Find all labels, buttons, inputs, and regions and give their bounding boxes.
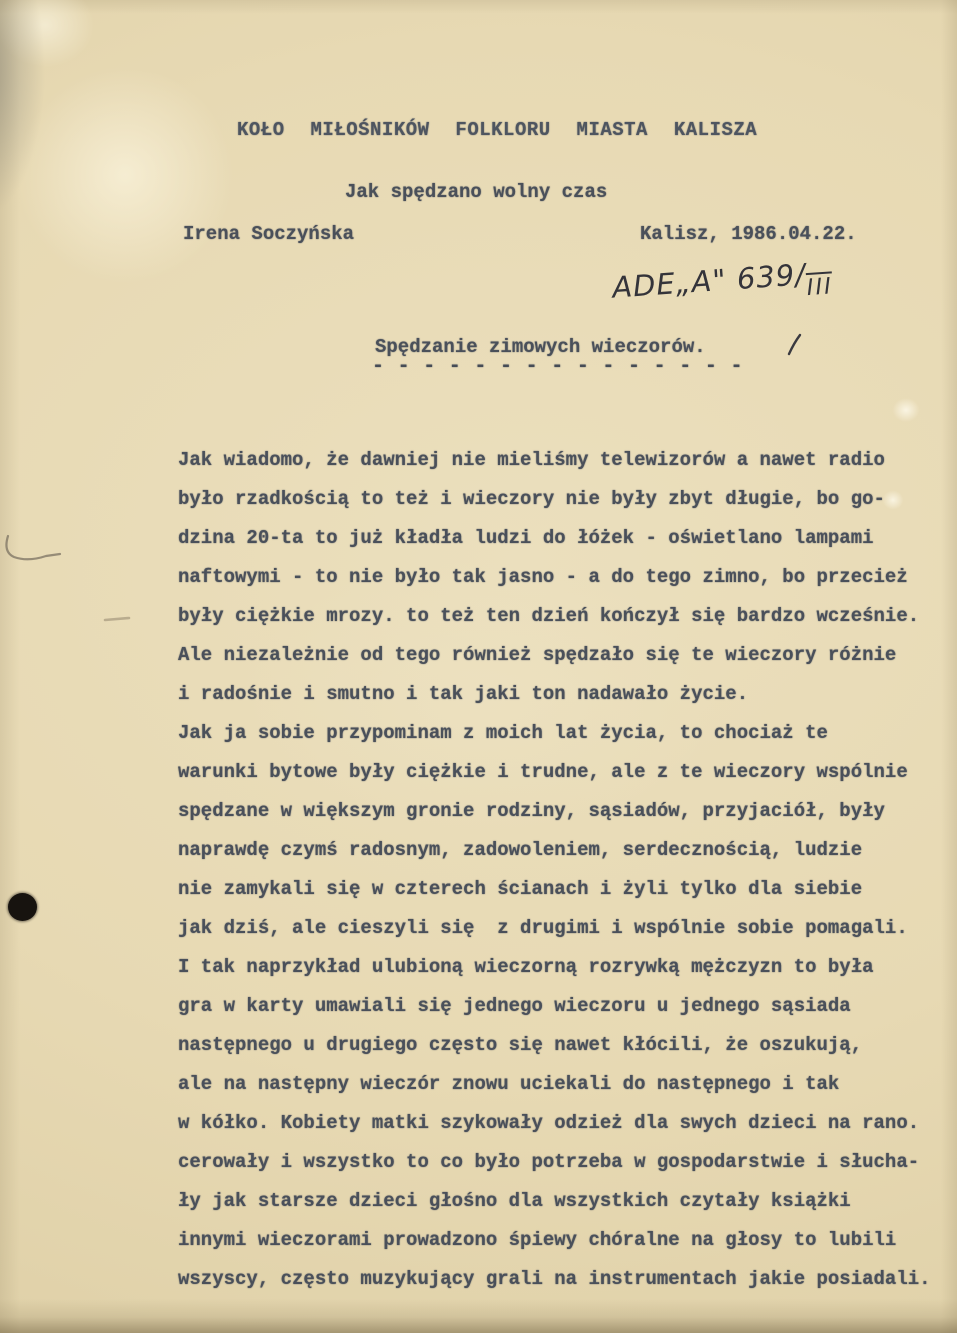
body-line: cerowały i wszystko to co było potrzeba … xyxy=(178,1143,931,1182)
hole-punch-dot xyxy=(8,893,37,921)
pencil-hair-mark xyxy=(2,530,72,566)
document-title: Jak spędzano wolny czas xyxy=(345,181,607,203)
organization-heading: KOŁO MIŁOŚNIKÓW FOLKLORU MIASTA KALISZA xyxy=(237,119,757,141)
small-dash-smudge xyxy=(103,614,133,624)
body-line: naftowymi - to nie było tak jasno - a do… xyxy=(178,558,931,597)
body-line: były ciężkie mrozy. to też ten dzień koń… xyxy=(178,597,931,636)
body-line: ale na następny wieczór znowu uciekali d… xyxy=(178,1065,931,1104)
body-line: było rzadkością to też i wieczory nie by… xyxy=(178,480,931,519)
section-dashed-underline: - - - - - - - - - - - - - - - xyxy=(372,355,743,378)
place-and-date: Kalisz, 1986.04.22. xyxy=(640,223,857,245)
body-line: Jak ja sobie przypominam z moich lat życ… xyxy=(178,714,931,753)
body-line: Jak wiadomo, że dawniej nie mieliśmy tel… xyxy=(178,441,931,480)
body-text: Jak wiadomo, że dawniej nie mieliśmy tel… xyxy=(178,441,931,1299)
body-line: następnego u drugiego często się nawet k… xyxy=(178,1026,931,1065)
body-line: jak dziś, ale cieszyli się z drugimi i w… xyxy=(178,909,931,948)
body-line: naprawdę czymś radosnym, zadowoleniem, s… xyxy=(178,831,931,870)
handwritten-comma-mark xyxy=(786,333,806,357)
body-line: warunki bytowe były ciężkie i trudne, al… xyxy=(178,753,931,792)
body-line: i radośnie i smutno i tak jaki ton nadaw… xyxy=(178,675,931,714)
annotation-main-text: ADE„A" 639/ xyxy=(611,257,807,304)
body-line: I tak naprzykład ulubioną wieczorną rozr… xyxy=(178,948,931,987)
body-line: dzina 20-ta to już kładła ludzi do łóżek… xyxy=(178,519,931,558)
body-line: spędzane w większym gronie rodziny, sąsi… xyxy=(178,792,931,831)
body-line: innymi wieczorami prowadzono śpiewy chór… xyxy=(178,1221,931,1260)
annotation-fraction-text: III xyxy=(806,273,834,301)
handwritten-archive-annotation: ADE„A" 639/III xyxy=(611,255,833,304)
body-line: gra w karty umawiali się jednego wieczor… xyxy=(178,987,931,1026)
body-line: nie zamykali się w czterech ścianach i ż… xyxy=(178,870,931,909)
scanned-document-page: KOŁO MIŁOŚNIKÓW FOLKLORU MIASTA KALISZA … xyxy=(0,0,957,1333)
body-line: Ale niezależnie od tego również spędzało… xyxy=(178,636,931,675)
author-name: Irena Soczyńska xyxy=(183,223,354,245)
body-line: wszyscy, często muzykujący grali na inst… xyxy=(178,1260,931,1299)
body-line: w kółko. Kobiety matki szykowały odzież … xyxy=(178,1104,931,1143)
body-line: ły jak starsze dzieci głośno dla wszystk… xyxy=(178,1182,931,1221)
